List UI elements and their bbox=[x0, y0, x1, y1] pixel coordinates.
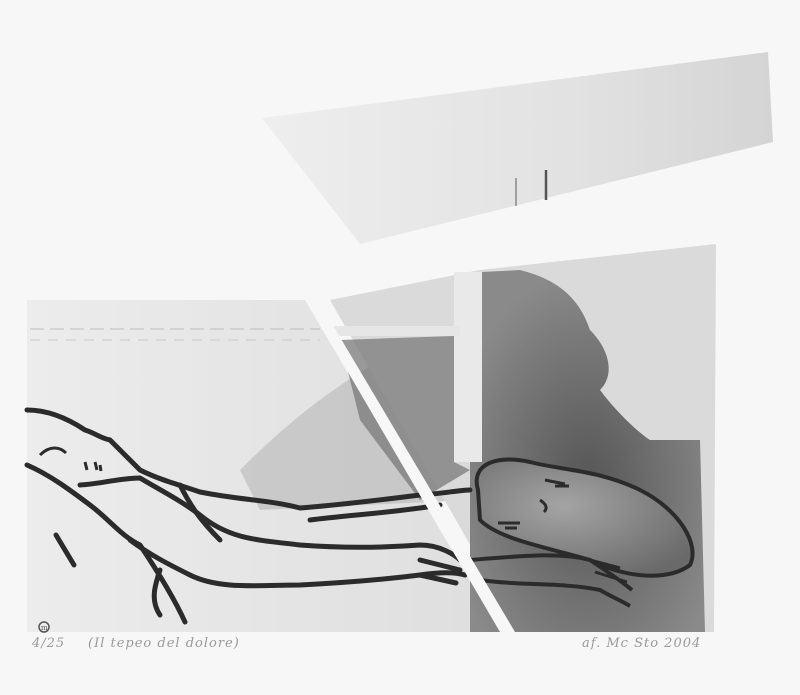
top-wedge-panel bbox=[262, 52, 773, 244]
edition-number: 4/25 bbox=[32, 636, 65, 651]
svg-text:m: m bbox=[41, 624, 48, 632]
etching-artwork: m bbox=[0, 0, 800, 695]
artwork-title: (Il tepeo del dolore) bbox=[88, 636, 240, 651]
artist-signature: af. Mc Sto 2004 bbox=[582, 636, 701, 651]
